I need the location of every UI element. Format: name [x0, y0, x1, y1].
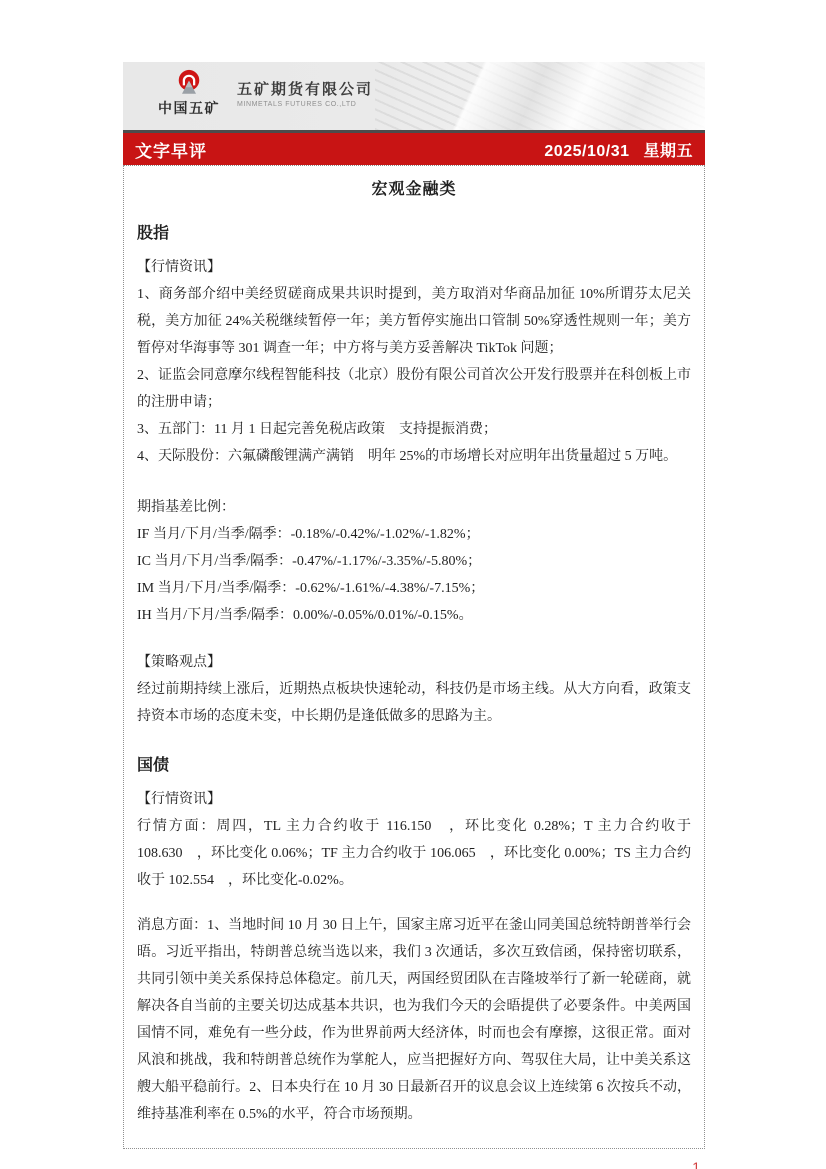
basis-title: 期指基差比例：	[137, 494, 691, 521]
news-item: 3、五部门：11 月 1 日起完善免税店政策 支持提振消费；	[137, 416, 691, 443]
basis-row-im: IM 当月/下月/当季/隔季：-0.62%/-1.61%/-4.38%/-7.1…	[137, 575, 691, 602]
report-date: 2025/10/31星期五	[544, 138, 693, 161]
report-type-label: 文字早评	[135, 137, 207, 162]
section-heading-stock-index: 股指	[137, 224, 691, 244]
basis-row-ih: IH 当月/下月/当季/隔季：0.00%/-0.05%/0.01%/-0.15%…	[137, 602, 691, 629]
logo-text: 中国五矿	[153, 98, 225, 118]
report-page: 中国五矿 五矿期货有限公司 MINMETALS FUTURES CO.,LTD …	[0, 0, 826, 1169]
company-name-block: 五矿期货有限公司 MINMETALS FUTURES CO.,LTD	[237, 69, 373, 108]
market-info-label: 【行情资讯】	[137, 254, 691, 281]
company-name-en: MINMETALS FUTURES CO.,LTD	[237, 101, 373, 108]
minmetals-logo-icon	[174, 69, 204, 97]
news-item: 1、商务部介绍中美经贸磋商成果共识时提到，美方取消对华商品加征 10%所谓芬太尼…	[137, 281, 691, 362]
report-body: 宏观金融类 股指 【行情资讯】 1、商务部介绍中美经贸磋商成果共识时提到，美方取…	[123, 165, 705, 1149]
date-value: 2025/10/31	[544, 143, 629, 160]
bond-market-paragraph: 行情方面：周四，TL 主力合约收于 116.150 ，环比变化 0.28%；T …	[137, 813, 691, 894]
stock-index-news-list: 1、商务部介绍中美经贸磋商成果共识时提到，美方取消对华商品加征 10%所谓芬太尼…	[137, 281, 691, 470]
basis-row-if: IF 当月/下月/当季/隔季：-0.18%/-0.42%/-1.02%/-1.8…	[137, 521, 691, 548]
page-number: 1	[123, 1159, 705, 1169]
basis-row-ic: IC 当月/下月/当季/隔季：-0.47%/-1.17%/-3.35%/-5.8…	[137, 548, 691, 575]
futures-basis-block: 期指基差比例： IF 当月/下月/当季/隔季：-0.18%/-0.42%/-1.…	[137, 494, 691, 629]
strategy-view-label: 【策略观点】	[137, 649, 691, 676]
news-item: 2、证监会同意摩尔线程智能科技（北京）股份有限公司首次公开发行股票并在科创板上市…	[137, 362, 691, 416]
strategy-view-text: 经过前期持续上涨后，近期热点板块快速轮动，科技仍是市场主线。从大方向看，政策支持…	[137, 676, 691, 730]
letterhead: 中国五矿 五矿期货有限公司 MINMETALS FUTURES CO.,LTD	[123, 62, 705, 130]
brand-block: 中国五矿 五矿期货有限公司 MINMETALS FUTURES CO.,LTD	[123, 62, 705, 118]
bond-news-paragraph: 消息方面：1、当地时间 10 月 30 日上午，国家主席习近平在釜山同美国总统特…	[137, 912, 691, 1128]
company-name-cn: 五矿期货有限公司	[237, 78, 373, 99]
weekday-value: 星期五	[643, 143, 693, 160]
market-info-label: 【行情资讯】	[137, 786, 691, 813]
category-title: 宏观金融类	[137, 180, 691, 200]
news-item: 4、天际股份：六氟磷酸锂满产满销 明年 25%的市场增长对应明年出货量超过 5 …	[137, 443, 691, 470]
report-title-banner: 文字早评 2025/10/31星期五	[123, 130, 705, 165]
minmetals-logo: 中国五矿	[153, 69, 225, 118]
report-document: 中国五矿 五矿期货有限公司 MINMETALS FUTURES CO.,LTD …	[123, 62, 705, 1169]
section-heading-bond: 国债	[137, 756, 691, 776]
